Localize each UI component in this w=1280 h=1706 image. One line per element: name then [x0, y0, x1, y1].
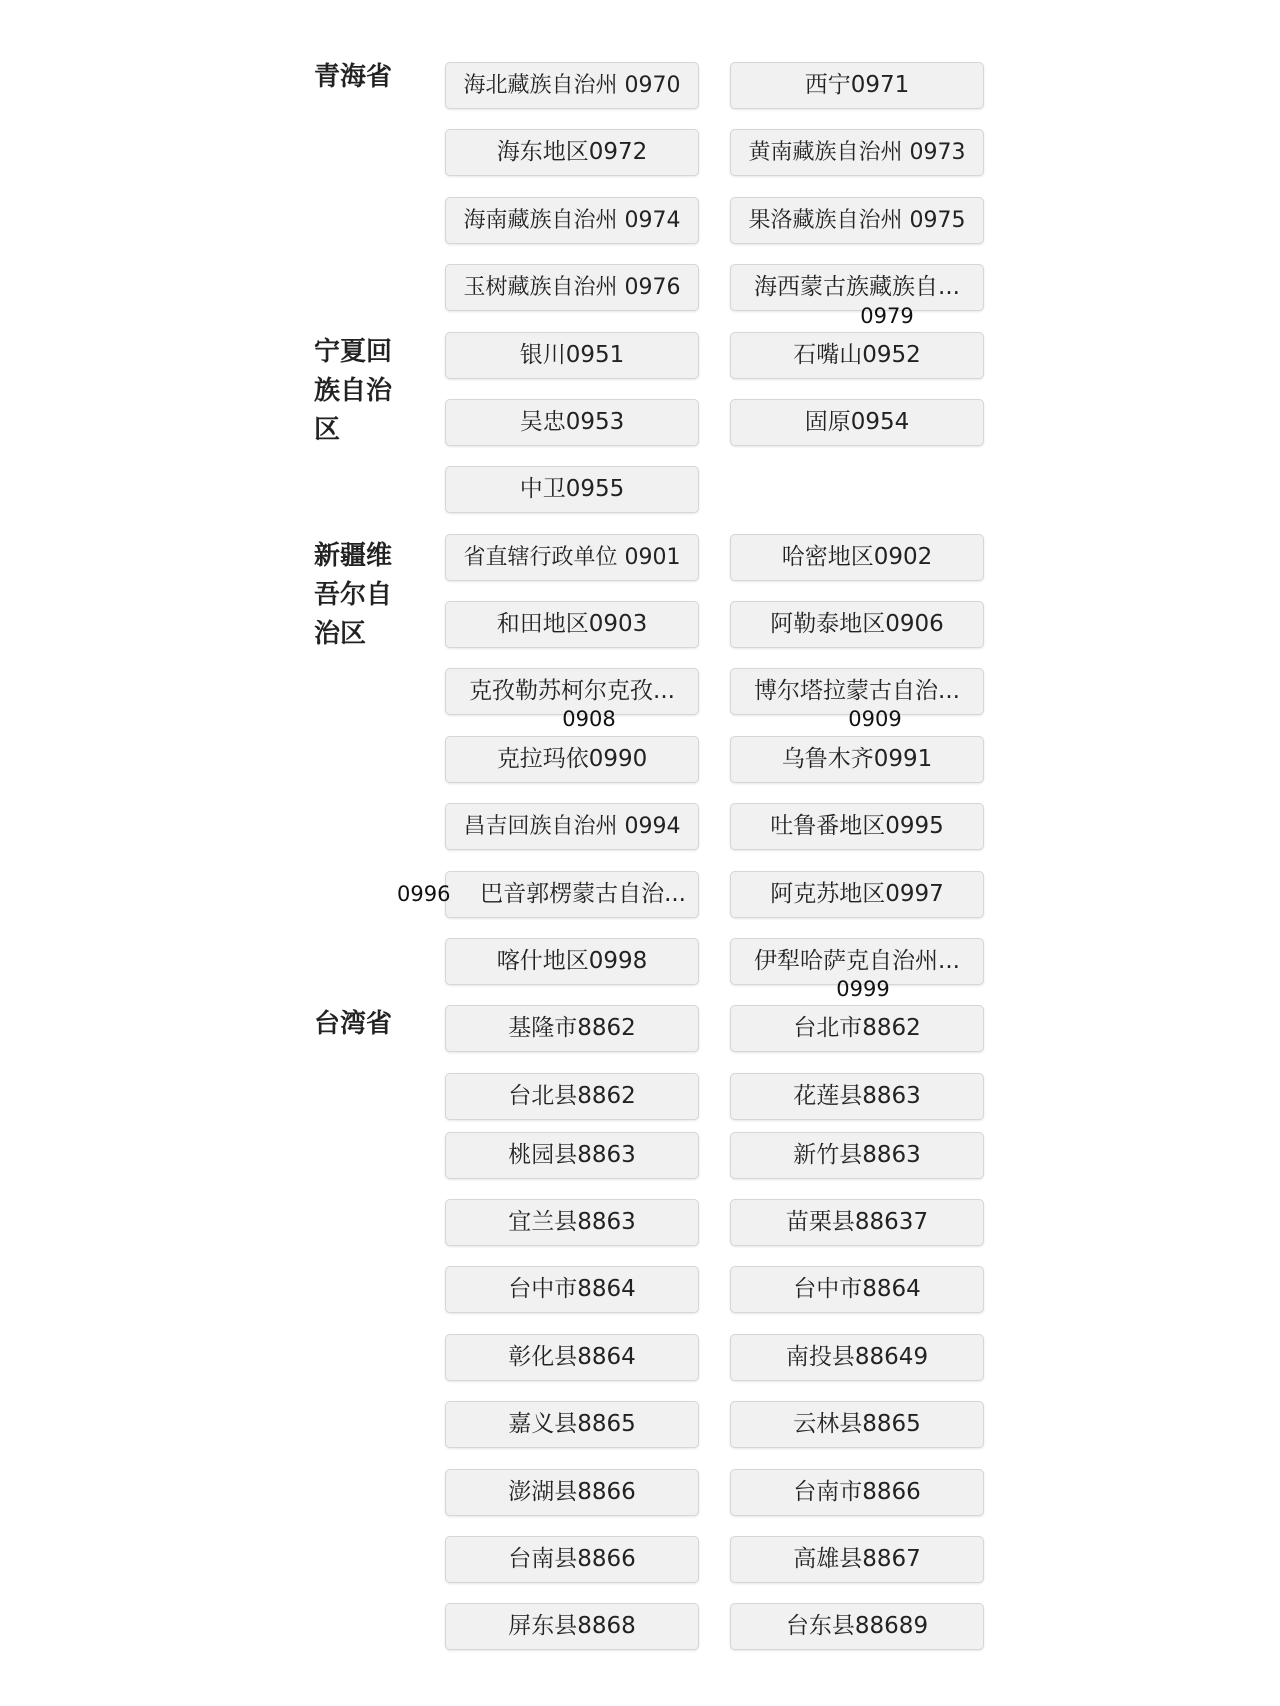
- region-button[interactable]: 台北市8862: [730, 1005, 984, 1052]
- overflow-code-text: 0996: [397, 871, 450, 918]
- region-button[interactable]: 克拉玛依0990: [445, 736, 699, 783]
- region-button-label: 黄南藏族自治州 0973: [749, 130, 966, 175]
- overflow-code-text: 0908: [462, 708, 716, 730]
- section-label-qinghai: 青海省: [314, 58, 414, 97]
- region-button-label: 中卫0955: [520, 467, 625, 512]
- region-button[interactable]: 海西蒙古族藏族自...: [730, 264, 984, 311]
- region-button-label: 花莲县8863: [793, 1074, 921, 1119]
- region-button[interactable]: 基隆市8862: [445, 1005, 699, 1052]
- region-button[interactable]: 省直辖行政单位 0901: [445, 534, 699, 581]
- region-button[interactable]: 云林县8865: [730, 1401, 984, 1448]
- region-button-label: 台北县8862: [508, 1074, 636, 1119]
- region-button-label: 阿勒泰地区0906: [770, 602, 944, 647]
- region-button-label: 克拉玛依0990: [497, 737, 648, 782]
- region-button-label: 省直辖行政单位 0901: [464, 535, 681, 580]
- overflow-code-text: 0999: [736, 978, 990, 1000]
- region-button[interactable]: 吐鲁番地区0995: [730, 803, 984, 850]
- region-button-label: 南投县88649: [786, 1335, 928, 1380]
- region-button[interactable]: 桃园县8863: [445, 1132, 699, 1179]
- region-button-label: 高雄县8867: [793, 1537, 921, 1582]
- region-button[interactable]: 南投县88649: [730, 1334, 984, 1381]
- region-button-label: 固原0954: [805, 400, 910, 445]
- region-button[interactable]: 嘉义县8865: [445, 1401, 699, 1448]
- region-button[interactable]: 昌吉回族自治州 0994: [445, 803, 699, 850]
- region-button[interactable]: 阿克苏地区0997: [730, 871, 984, 918]
- region-button-label: 吴忠0953: [520, 400, 625, 445]
- region-button-label: 阿克苏地区0997: [770, 872, 944, 917]
- region-button[interactable]: 高雄县8867: [730, 1536, 984, 1583]
- region-button[interactable]: 澎湖县8866: [445, 1469, 699, 1516]
- region-button-label: 玉树藏族自治州 0976: [464, 265, 681, 310]
- region-button[interactable]: 哈密地区0902: [730, 534, 984, 581]
- region-button[interactable]: 台南县8866: [445, 1536, 699, 1583]
- region-button[interactable]: 西宁0971: [730, 62, 984, 109]
- region-button[interactable]: 黄南藏族自治州 0973: [730, 129, 984, 176]
- overflow-code-text: 0909: [748, 708, 1002, 730]
- region-button[interactable]: 台东县88689: [730, 1603, 984, 1650]
- region-button-label: 海西蒙古族藏族自...: [754, 265, 960, 310]
- region-button-label: 台南市8866: [793, 1470, 921, 1515]
- region-button[interactable]: 海南藏族自治州 0974: [445, 197, 699, 244]
- region-button-label: 桃园县8863: [508, 1133, 636, 1178]
- region-button-label: 嘉义县8865: [508, 1402, 636, 1447]
- region-button[interactable]: 台中市8864: [445, 1266, 699, 1313]
- region-button-label: 台北市8862: [793, 1006, 921, 1051]
- region-button-label: 果洛藏族自治州 0975: [749, 198, 966, 243]
- region-button-label: 海东地区0972: [497, 130, 648, 175]
- region-button[interactable]: 玉树藏族自治州 0976: [445, 264, 699, 311]
- region-button-label: 台中市8864: [793, 1267, 921, 1312]
- region-button[interactable]: 台北县8862: [445, 1073, 699, 1120]
- region-button[interactable]: 宜兰县8863: [445, 1199, 699, 1246]
- region-button[interactable]: 乌鲁木齐0991: [730, 736, 984, 783]
- region-button-label: 喀什地区0998: [497, 939, 648, 984]
- region-button-label: 昌吉回族自治州 0994: [464, 804, 681, 849]
- region-button-label: 苗栗县88637: [786, 1200, 928, 1245]
- region-button-label: 台东县88689: [786, 1604, 928, 1649]
- section-label-ningxia: 宁夏回族自治区: [314, 333, 402, 450]
- region-button[interactable]: 新竹县8863: [730, 1132, 984, 1179]
- region-button-label: 石嘴山0952: [793, 333, 921, 378]
- region-button-label: 台南县8866: [508, 1537, 636, 1582]
- region-button-label: 西宁0971: [805, 63, 910, 108]
- overflow-code-text: 0979: [760, 305, 1014, 327]
- section-label-xinjiang: 新疆维吾尔自治区: [314, 537, 402, 654]
- region-button[interactable]: 彰化县8864: [445, 1334, 699, 1381]
- region-button[interactable]: 台中市8864: [730, 1266, 984, 1313]
- region-button-label: 宜兰县8863: [508, 1200, 636, 1245]
- region-button[interactable]: 台南市8866: [730, 1469, 984, 1516]
- region-button[interactable]: 中卫0955: [445, 466, 699, 513]
- region-button-label: 哈密地区0902: [782, 535, 933, 580]
- region-button-label: 吐鲁番地区0995: [770, 804, 944, 849]
- region-button-label: 澎湖县8866: [508, 1470, 636, 1515]
- region-button[interactable]: 吴忠0953: [445, 399, 699, 446]
- region-button-label: 台中市8864: [508, 1267, 636, 1312]
- region-button[interactable]: 和田地区0903: [445, 601, 699, 648]
- region-button-label: 基隆市8862: [508, 1006, 636, 1051]
- region-button-label: 和田地区0903: [497, 602, 648, 647]
- region-button-label: 屏东县8868: [508, 1604, 636, 1649]
- region-button[interactable]: 花莲县8863: [730, 1073, 984, 1120]
- region-button[interactable]: 巴音郭楞蒙古自治...: [445, 871, 699, 918]
- region-button[interactable]: 海东地区0972: [445, 129, 699, 176]
- region-button-label: 巴音郭楞蒙古自治...: [480, 872, 686, 917]
- region-button[interactable]: 喀什地区0998: [445, 938, 699, 985]
- region-button[interactable]: 银川0951: [445, 332, 699, 379]
- region-button-label: 云林县8865: [793, 1402, 921, 1447]
- section-label-taiwan: 台湾省: [314, 1005, 414, 1044]
- region-button[interactable]: 石嘴山0952: [730, 332, 984, 379]
- region-button[interactable]: 屏东县8868: [445, 1603, 699, 1650]
- region-button[interactable]: 固原0954: [730, 399, 984, 446]
- region-button[interactable]: 海北藏族自治州 0970: [445, 62, 699, 109]
- region-button[interactable]: 阿勒泰地区0906: [730, 601, 984, 648]
- region-button[interactable]: 苗栗县88637: [730, 1199, 984, 1246]
- region-button-label: 银川0951: [520, 333, 625, 378]
- region-button-label: 新竹县8863: [793, 1133, 921, 1178]
- region-button[interactable]: 果洛藏族自治州 0975: [730, 197, 984, 244]
- region-button-label: 海北藏族自治州 0970: [464, 63, 681, 108]
- region-button-label: 海南藏族自治州 0974: [464, 198, 681, 243]
- region-button-label: 彰化县8864: [508, 1335, 636, 1380]
- region-button-label: 乌鲁木齐0991: [782, 737, 933, 782]
